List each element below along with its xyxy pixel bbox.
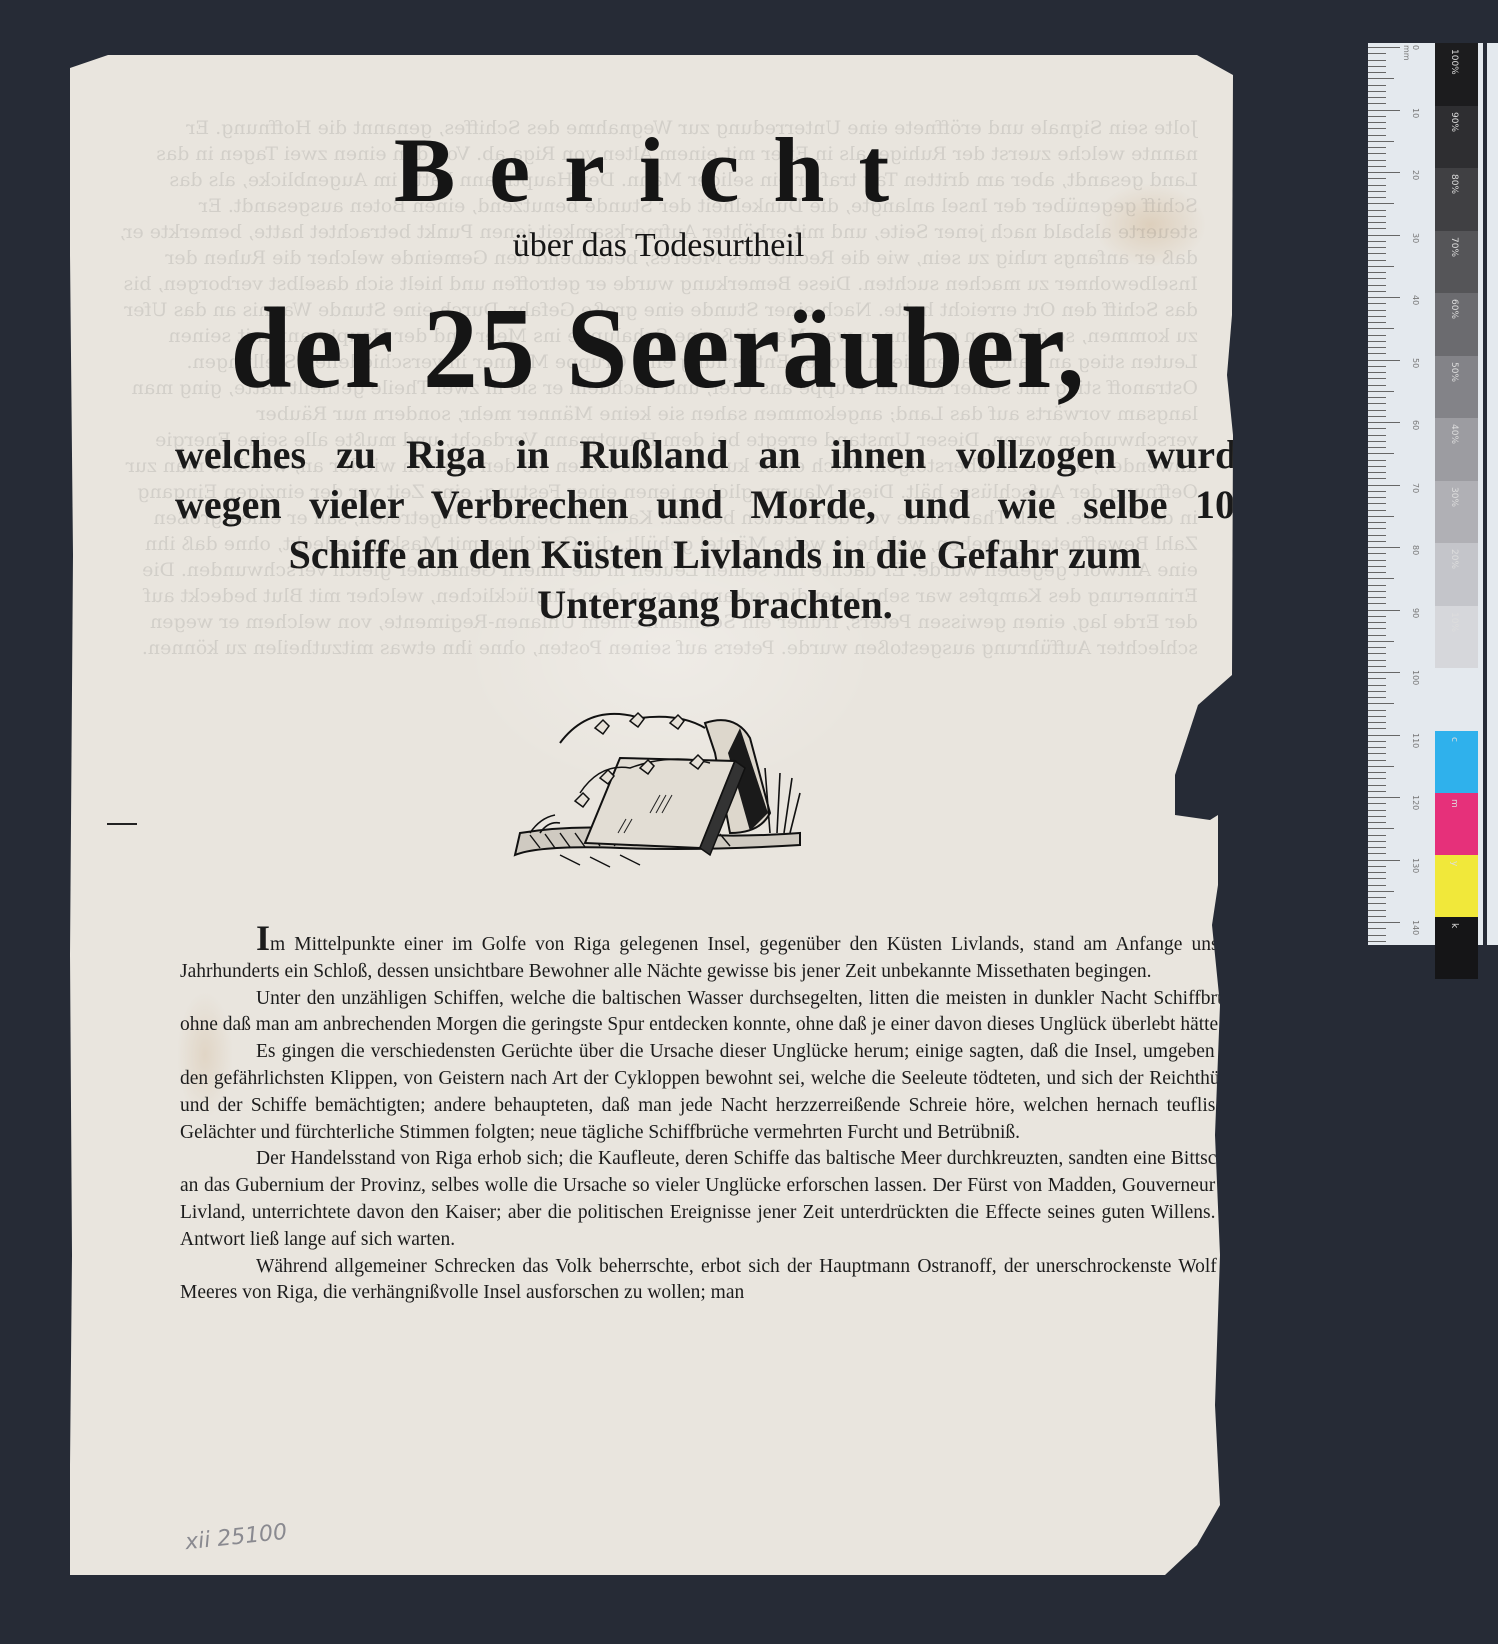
ruler-tick xyxy=(1368,597,1386,598)
patch-label: 50% xyxy=(1449,362,1459,382)
ruler-tick xyxy=(1368,391,1394,392)
ruler-tick xyxy=(1368,385,1386,386)
ruler-tick xyxy=(1368,291,1386,292)
ruler-tick xyxy=(1368,285,1386,286)
color-patch-k: k xyxy=(1435,917,1478,979)
ruler-tick xyxy=(1368,616,1386,617)
ruler-tick xyxy=(1368,697,1386,698)
ruler-tick xyxy=(1368,516,1394,517)
ruler-tick xyxy=(1368,628,1386,629)
ruler-tick xyxy=(1368,147,1386,148)
ruler-tick xyxy=(1368,785,1386,786)
ruler-tick xyxy=(1368,935,1386,936)
patch-label: 80% xyxy=(1449,174,1459,194)
ruler-tick xyxy=(1368,847,1386,848)
ruler-tick xyxy=(1368,372,1386,373)
ruler-tick xyxy=(1368,103,1386,104)
ruler-tick xyxy=(1368,622,1386,623)
patch-label: k xyxy=(1449,923,1459,928)
ruler-tick xyxy=(1368,472,1386,473)
ruler-tick xyxy=(1368,66,1386,67)
article-body: Im Mittelpunkte einer im Golfe von Riga … xyxy=(180,925,1250,1307)
ruler-tick xyxy=(1368,491,1386,492)
ruler-tick xyxy=(1368,653,1386,654)
ruler-tick xyxy=(1368,716,1386,717)
ruler-tick xyxy=(1368,422,1400,423)
patch-label: 30% xyxy=(1449,487,1459,507)
ruler-tick xyxy=(1368,160,1386,161)
ruler-tick xyxy=(1368,466,1386,467)
ruler-tick xyxy=(1368,503,1386,504)
ruler-tick xyxy=(1368,685,1386,686)
margin-mark xyxy=(107,823,137,825)
ruler-tick xyxy=(1368,235,1400,236)
color-patch-y: y xyxy=(1435,855,1478,917)
patch-label: 20% xyxy=(1449,549,1459,569)
ruler-tick xyxy=(1368,185,1386,186)
ruler-label: 90 xyxy=(1411,608,1420,618)
ruler-tick xyxy=(1368,210,1386,211)
ruler-tick xyxy=(1368,922,1400,923)
ruler-label: 110 xyxy=(1411,733,1420,748)
ruler-tick xyxy=(1368,572,1386,573)
ruler-tick xyxy=(1368,316,1386,317)
ruler-tick xyxy=(1368,435,1386,436)
ruler-tick xyxy=(1368,260,1386,261)
ruler-tick xyxy=(1368,453,1394,454)
ruler-tick xyxy=(1368,822,1386,823)
ruler-tick xyxy=(1368,122,1386,123)
ruler-tick xyxy=(1368,541,1386,542)
ruler-tick xyxy=(1368,216,1386,217)
ruler-tick xyxy=(1368,791,1386,792)
ruler-tick xyxy=(1368,660,1386,661)
ruler-tick xyxy=(1368,678,1386,679)
ruler-label: 60 xyxy=(1411,420,1420,430)
ruler-label: 120 xyxy=(1411,795,1420,810)
paragraph: Der Handelsstand von Riga erhob sich; di… xyxy=(180,1146,1250,1253)
ruler-tick xyxy=(1368,797,1400,798)
ruler-tick xyxy=(1368,353,1386,354)
color-patch-c: c xyxy=(1435,731,1478,793)
ruler-tick xyxy=(1368,128,1386,129)
ruler-tick xyxy=(1368,591,1386,592)
ruler-tick xyxy=(1368,916,1386,917)
ruler-tick xyxy=(1368,703,1394,704)
patch-label: 60% xyxy=(1449,299,1459,319)
ruler-tick xyxy=(1368,872,1386,873)
subtitle-line: Schiffe an den Küsten Livlands in die Ge… xyxy=(175,530,1255,580)
patch-label: 90% xyxy=(1449,112,1459,132)
ruler-tick xyxy=(1368,672,1400,673)
patch-label: y xyxy=(1449,861,1459,866)
ruler-label: 10 xyxy=(1411,108,1420,118)
ruler-tick xyxy=(1368,222,1386,223)
ruler-tick xyxy=(1368,528,1386,529)
ruler-tick xyxy=(1368,478,1386,479)
ruler-tick xyxy=(1368,135,1386,136)
paragraph: Unter den unzähligen Schiffen, welche di… xyxy=(180,986,1250,1040)
color-patch-m: m xyxy=(1435,793,1478,855)
ruler-tick xyxy=(1368,885,1386,886)
ruler-tick xyxy=(1368,335,1386,336)
ruler-tick xyxy=(1368,141,1394,142)
ruler-tick xyxy=(1368,410,1386,411)
ruler-tick xyxy=(1368,347,1386,348)
ruler-label: 140 xyxy=(1411,920,1420,935)
ruler-tick xyxy=(1368,647,1386,648)
gray-patch: 60% xyxy=(1435,293,1478,356)
gray-patch: 90% xyxy=(1435,106,1478,169)
strip-divider xyxy=(1483,43,1487,945)
ruler-tick xyxy=(1368,97,1386,98)
ruler-tick xyxy=(1368,691,1386,692)
ruler-tick xyxy=(1368,78,1394,79)
ruler-tick xyxy=(1368,635,1386,636)
patch-label: m xyxy=(1449,799,1459,808)
ruler-tick xyxy=(1368,910,1386,911)
ruler-tick xyxy=(1368,110,1400,111)
ruler-tick xyxy=(1368,816,1386,817)
ruler-tick xyxy=(1368,810,1386,811)
ruler-tick xyxy=(1368,397,1386,398)
ruler-label: 80 xyxy=(1411,545,1420,555)
ruler-tick xyxy=(1368,360,1400,361)
ruler-tick xyxy=(1368,585,1386,586)
gravestone-woodcut-icon xyxy=(500,683,810,883)
ruler-tick xyxy=(1368,510,1386,511)
subtitle-line: welches zu Riga in Rußland an ihnen voll… xyxy=(175,430,1255,480)
ruler-tick xyxy=(1368,416,1386,417)
gray-patch: 20% xyxy=(1435,543,1478,606)
ruler-tick xyxy=(1368,828,1394,829)
ruler-tick xyxy=(1368,753,1386,754)
mm-ruler: 0 mm102030405060708090100110120130140 xyxy=(1368,43,1428,945)
ruler-tick xyxy=(1368,203,1394,204)
ruler-tick xyxy=(1368,497,1386,498)
ruler-tick xyxy=(1368,553,1386,554)
ruler-tick xyxy=(1368,341,1386,342)
gray-patch: 80% xyxy=(1435,168,1478,231)
ruler-tick xyxy=(1368,903,1386,904)
ruler-tick xyxy=(1368,835,1386,836)
ruler-tick xyxy=(1368,172,1400,173)
ruler-label: 0 mm xyxy=(1402,45,1420,61)
ruler-tick xyxy=(1368,366,1386,367)
ruler-tick xyxy=(1368,722,1386,723)
title-main-headline: der 25 Seeräuber, xyxy=(70,282,1247,415)
ruler-tick xyxy=(1368,928,1386,929)
title-subheading: über das Todesurtheil xyxy=(70,227,1247,265)
ruler-tick xyxy=(1368,72,1386,73)
ruler-tick xyxy=(1368,747,1386,748)
ruler-tick xyxy=(1368,891,1394,892)
ruler-tick xyxy=(1368,60,1386,61)
gray-patch: 100% xyxy=(1435,43,1478,106)
ruler-tick xyxy=(1368,766,1394,767)
ruler-tick xyxy=(1368,191,1386,192)
ruler-tick xyxy=(1368,153,1386,154)
ruler-tick xyxy=(1368,547,1400,548)
ruler-tick xyxy=(1368,560,1386,561)
ruler-tick xyxy=(1368,297,1400,298)
ruler-label: 70 xyxy=(1411,483,1420,493)
ruler-tick xyxy=(1368,447,1386,448)
paragraph: Im Mittelpunkte einer im Golfe von Riga … xyxy=(180,925,1250,986)
ruler-tick xyxy=(1368,897,1386,898)
ruler-tick xyxy=(1368,666,1386,667)
ruler-tick xyxy=(1368,578,1394,579)
ruler-tick xyxy=(1368,535,1386,536)
ruler-tick xyxy=(1368,85,1386,86)
ruler-tick xyxy=(1368,116,1386,117)
ruler-tick xyxy=(1368,641,1394,642)
ruler-tick xyxy=(1368,272,1386,273)
ruler-tick xyxy=(1368,772,1386,773)
patch-label: 10% xyxy=(1449,612,1459,632)
subtitle-line: Untergang brachten. xyxy=(175,580,1255,630)
ruler-tick xyxy=(1368,610,1400,611)
ruler-tick xyxy=(1368,328,1394,329)
ruler-tick xyxy=(1368,53,1386,54)
ruler-tick xyxy=(1368,253,1386,254)
ruler-tick xyxy=(1368,603,1386,604)
ruler-tick xyxy=(1368,278,1386,279)
paragraph: Es gingen die verschiedensten Gerüchte ü… xyxy=(180,1039,1250,1146)
ruler-tick xyxy=(1368,178,1386,179)
ruler-tick xyxy=(1368,735,1400,736)
ruler-tick xyxy=(1368,47,1400,48)
paragraph: Während allgemeiner Schrecken das Volk b… xyxy=(180,1254,1250,1308)
ruler-tick xyxy=(1368,841,1386,842)
ruler-tick xyxy=(1368,303,1386,304)
ruler-tick xyxy=(1368,941,1386,942)
ruler-label: 40 xyxy=(1411,295,1420,305)
ruler-tick xyxy=(1368,778,1386,779)
ruler-label: 20 xyxy=(1411,170,1420,180)
ruler-tick xyxy=(1368,866,1386,867)
calibration-strip: 0 mm102030405060708090100110120130140 10… xyxy=(1368,43,1498,945)
ruler-tick xyxy=(1368,403,1386,404)
ruler-tick xyxy=(1368,166,1386,167)
ruler-tick xyxy=(1368,522,1386,523)
gray-patch: 70% xyxy=(1435,231,1478,294)
ruler-tick xyxy=(1368,760,1386,761)
ruler-tick xyxy=(1368,728,1386,729)
ruler-label: 30 xyxy=(1411,233,1420,243)
gray-patch: 10% xyxy=(1435,606,1478,669)
ruler-tick xyxy=(1368,860,1400,861)
gray-patch: 50% xyxy=(1435,356,1478,419)
ruler-tick xyxy=(1368,228,1386,229)
gray-patch: 30% xyxy=(1435,481,1478,544)
ruler-tick xyxy=(1368,710,1386,711)
patch-label: 70% xyxy=(1449,237,1459,257)
ruler-label: 50 xyxy=(1411,358,1420,368)
subtitle-block: welches zu Riga in Rußland an ihnen voll… xyxy=(175,430,1255,630)
ruler-tick xyxy=(1368,247,1386,248)
subtitle-line: wegen vieler Verbrechen und Morde, und w… xyxy=(175,480,1255,530)
ruler-tick xyxy=(1368,741,1386,742)
ruler-tick xyxy=(1368,460,1386,461)
ruler-tick xyxy=(1368,378,1386,379)
ruler-tick xyxy=(1368,566,1386,567)
ruler-tick xyxy=(1368,310,1386,311)
title-bericht: Bericht xyxy=(70,117,1247,223)
ruler-tick xyxy=(1368,428,1386,429)
gray-patch: 40% xyxy=(1435,418,1478,481)
ruler-tick xyxy=(1368,197,1386,198)
patch-label: 40% xyxy=(1449,424,1459,444)
ruler-tick xyxy=(1368,322,1386,323)
ruler-label: 100 xyxy=(1411,670,1420,685)
ruler-tick xyxy=(1368,878,1386,879)
ruler-label: 130 xyxy=(1411,858,1420,873)
ruler-tick xyxy=(1368,241,1386,242)
patch-label: c xyxy=(1449,737,1459,742)
ruler-tick xyxy=(1368,266,1394,267)
ruler-tick xyxy=(1368,485,1400,486)
document-sheet: Jolte sein Signale und eröffnete eine Un… xyxy=(70,55,1247,1605)
ruler-tick xyxy=(1368,441,1386,442)
ruler-tick xyxy=(1368,853,1386,854)
patch-label: 100% xyxy=(1449,49,1459,75)
ruler-tick xyxy=(1368,803,1386,804)
ruler-tick xyxy=(1368,91,1386,92)
